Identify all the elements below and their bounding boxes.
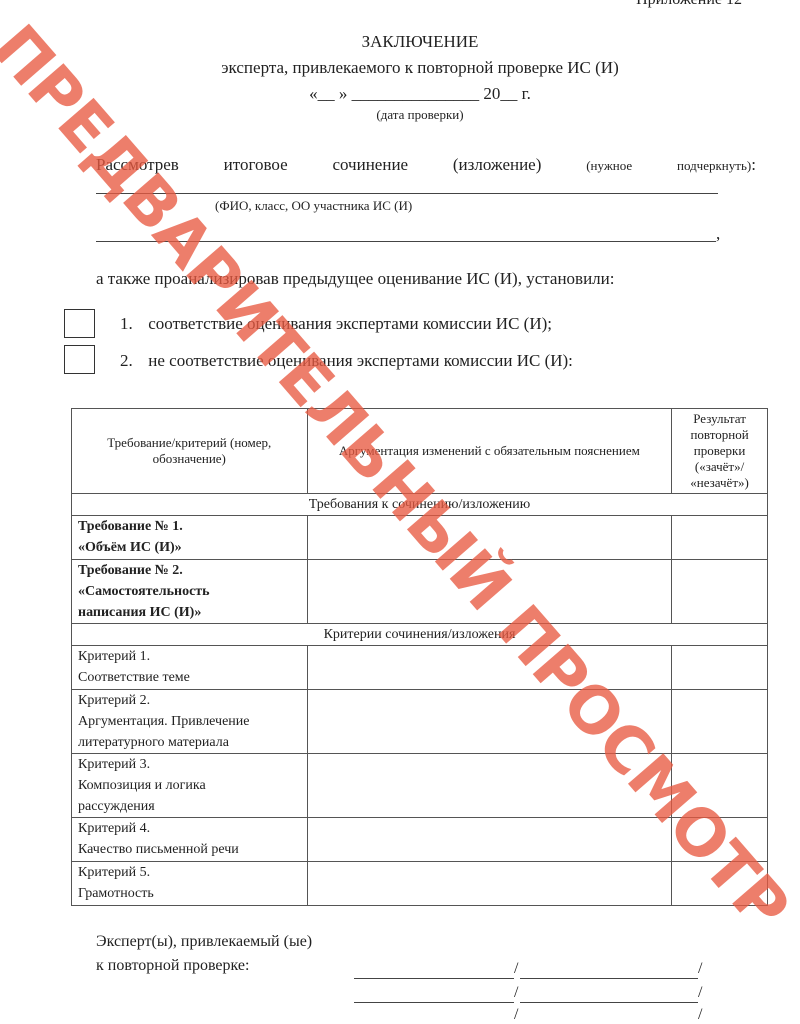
consider-note: (нужное	[586, 158, 632, 174]
argument-cell[interactable]	[307, 690, 672, 754]
expert-label-line1: Эксперт(ы), привлекаемый (ые)	[96, 933, 312, 951]
consider-word: итоговое	[224, 155, 288, 175]
table-row: Критерий 1. Соответствие теме	[72, 646, 768, 690]
criterion-name: Критерий 1. Соответствие теме	[72, 646, 308, 690]
criterion-name: Критерий 3. Композиция и логика рассужде…	[72, 754, 308, 818]
table-row: Критерий 4. Качество письменной речи	[72, 818, 768, 862]
slash: /	[698, 1006, 702, 1024]
consider-word: Рассмотрев	[96, 155, 179, 175]
option-mismatch: 2. не соответствие оценивания экспертами…	[120, 351, 573, 371]
table-row: Критерий 3. Композиция и логика рассужде…	[72, 754, 768, 818]
criterion-name: Критерий 2. Аргументация. Привлечение ли…	[72, 690, 308, 754]
slash: /	[514, 984, 518, 1002]
table-row: Требование № 2. «Самостоятельность напис…	[72, 560, 768, 624]
table-section-row: Критерии сочинения/изложения	[72, 624, 768, 646]
section-title: Критерии сочинения/изложения	[72, 624, 768, 646]
comma: ,	[716, 224, 720, 244]
option-label: соответствие оценивания экспертами комис…	[148, 314, 552, 333]
colon: :	[751, 155, 756, 174]
argument-cell[interactable]	[307, 646, 672, 690]
result-cell[interactable]	[672, 516, 768, 560]
argument-cell[interactable]	[307, 754, 672, 818]
slash: /	[514, 960, 518, 978]
fio-hint: (ФИО, класс, ОО участника ИС (И)	[215, 198, 412, 214]
criterion-name: Критерий 4. Качество письменной речи	[72, 818, 308, 862]
result-cell[interactable]	[672, 646, 768, 690]
section-title: Требования к сочинению/изложению	[72, 494, 768, 516]
header-result: Результат повторной проверки («зачёт»/ «…	[672, 409, 768, 494]
table-section-row: Требования к сочинению/изложению	[72, 494, 768, 516]
result-cell[interactable]	[672, 862, 768, 906]
header-argument: Аргументация изменений с обязательным по…	[307, 409, 672, 494]
result-cell[interactable]	[672, 818, 768, 862]
table-header-row: Требование/критерий (номер, обозначение)…	[72, 409, 768, 494]
date-hint: (дата проверки)	[0, 107, 800, 123]
result-cell[interactable]	[672, 560, 768, 624]
consider-note: подчеркнуть)	[677, 158, 751, 173]
result-cell[interactable]	[672, 754, 768, 818]
result-cell[interactable]	[672, 690, 768, 754]
document-subtitle: эксперта, привлекаемого к повторной пров…	[0, 58, 800, 78]
document-title: ЗАКЛЮЧЕНИЕ	[0, 32, 800, 52]
argument-cell[interactable]	[307, 516, 672, 560]
date-line: «__ » _______________ 20__ г.	[0, 84, 800, 104]
also-analyzed-text: а также проанализировав предыдущее оцени…	[96, 269, 614, 289]
consider-word: (изложение)	[453, 155, 542, 175]
table-row: Критерий 2. Аргументация. Привлечение ли…	[72, 690, 768, 754]
consider-word: сочинение	[332, 155, 408, 175]
option-label: не соответствие оценивания экспертами ко…	[148, 351, 573, 370]
argument-cell[interactable]	[307, 818, 672, 862]
table-row: Критерий 5. Грамотность	[72, 862, 768, 906]
checkbox-match[interactable]	[64, 309, 95, 338]
criterion-name: Требование № 2. «Самостоятельность напис…	[72, 560, 308, 624]
option-match: 1. соответствие оценивания экспертами ко…	[120, 314, 552, 334]
table-row: Требование № 1. «Объём ИС (И)»	[72, 516, 768, 560]
expert-label-line2: к повторной проверке:	[96, 957, 249, 975]
participant-details-line[interactable]	[96, 241, 716, 242]
argument-cell[interactable]	[307, 862, 672, 906]
criterion-name: Требование № 1. «Объём ИС (И)»	[72, 516, 308, 560]
option-number: 1.	[120, 314, 144, 334]
slash: /	[514, 1006, 518, 1024]
slash: /	[698, 960, 702, 978]
criteria-table: Требование/критерий (номер, обозначение)…	[71, 408, 768, 906]
consider-line: Рассмотрев итоговое сочинение (изложение…	[96, 155, 756, 175]
name-line[interactable]	[520, 1002, 698, 1003]
signature-line[interactable]	[354, 1002, 514, 1003]
option-number: 2.	[120, 351, 144, 371]
criterion-name: Критерий 5. Грамотность	[72, 862, 308, 906]
checkbox-mismatch[interactable]	[64, 345, 95, 374]
name-line[interactable]	[520, 978, 698, 979]
slash: /	[698, 984, 702, 1002]
header-criterion: Требование/критерий (номер, обозначение)	[72, 409, 308, 494]
participant-name-line[interactable]	[96, 193, 718, 194]
argument-cell[interactable]	[307, 560, 672, 624]
signature-line[interactable]	[354, 978, 514, 979]
appendix-label: Приложение 12	[636, 0, 742, 9]
